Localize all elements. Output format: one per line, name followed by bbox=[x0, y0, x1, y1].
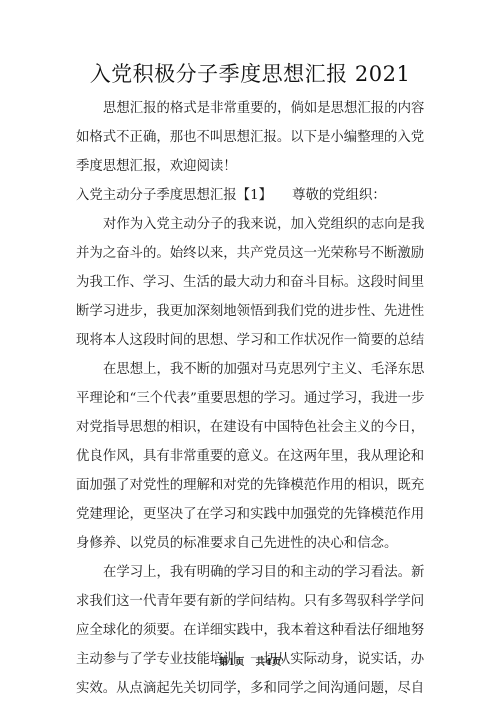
text-line: 党建理论，更坚决了在学习和实践中加强党的先锋模范作用、提高自 bbox=[76, 500, 424, 529]
text-line: 对党指导思想的相识，在建设有中国特色社会主义的今日，坚持党的 bbox=[76, 413, 424, 442]
text-line: 身修养、以党员的标准要求自己先进性的决心和信念。 bbox=[76, 529, 424, 558]
salutation-line: 入党主动分子季度思想汇报【1】 尊敬的党组织： bbox=[76, 181, 424, 210]
text-line: 并为之奋斗的。始终以来，共产党员这一光荣称号不断激励着我，成 bbox=[76, 239, 424, 268]
page-total: 共4页 bbox=[256, 657, 282, 668]
text-line: 实效。从点滴起先关切同学，多和同学之间沟通问题，尽自己所能为 bbox=[76, 674, 424, 703]
text-line: 应全球化的须要。在详细实践中，我本着这种看法仔细地努力学习， bbox=[76, 616, 424, 645]
document-body: 思想汇报的格式是非常重要的，倘如是思想汇报的内容再好，假 如格式不正确，那也不叫… bbox=[76, 94, 424, 703]
text-line: 为我工作、学习、生活的最大动力和奋斗目标。这段时间里，经过不 bbox=[76, 268, 424, 297]
text-line: 如格式不正确，那也不叫思想汇报。以下是小编整理的入党主动分子 bbox=[76, 123, 424, 152]
text-line: 在思想上，我不断的加强对马克思列宁主义、毛泽东思想、邓小 bbox=[76, 355, 424, 384]
page-number: 第1页 bbox=[219, 657, 245, 668]
text-line: 断学习进步，我更加深刻地领悟到我们党的进步性、先进性和代表性， bbox=[76, 297, 424, 326]
text-line: 优良作风，具有非常重要的意义。在这两年里，我从理论和实践两方 bbox=[76, 442, 424, 471]
text-line: 对作为入党主动分子的我来说，加入党组织的志向是我始终追求 bbox=[76, 210, 424, 239]
text-line: 季度思想汇报，欢迎阅读！ bbox=[76, 152, 424, 181]
text-line: 面加强了对党性的理解和对党的先锋模范作用的相识，既充溢了自身 bbox=[76, 471, 424, 500]
document-title: 入党积极分子季度思想汇报 2021 bbox=[0, 58, 500, 88]
text-line: 思想汇报的格式是非常重要的，倘如是思想汇报的内容再好，假 bbox=[76, 94, 424, 123]
page-footer: 第1页 共4页 bbox=[0, 654, 500, 668]
text-line: 在学习上，我有明确的学习目的和主动的学习看法。新的发展要 bbox=[76, 558, 424, 587]
text-line: 求我们这一代青年要有新的学问结构。只有多驾驭科学学问，才能适 bbox=[76, 587, 424, 616]
text-line: 现将本人这段时间的思想、学习和工作状况作一简要的总结汇报。 bbox=[76, 326, 424, 355]
text-line: 平理论和“三个代表”重要思想的学习。通过学习，我进一步提高了 bbox=[76, 384, 424, 413]
